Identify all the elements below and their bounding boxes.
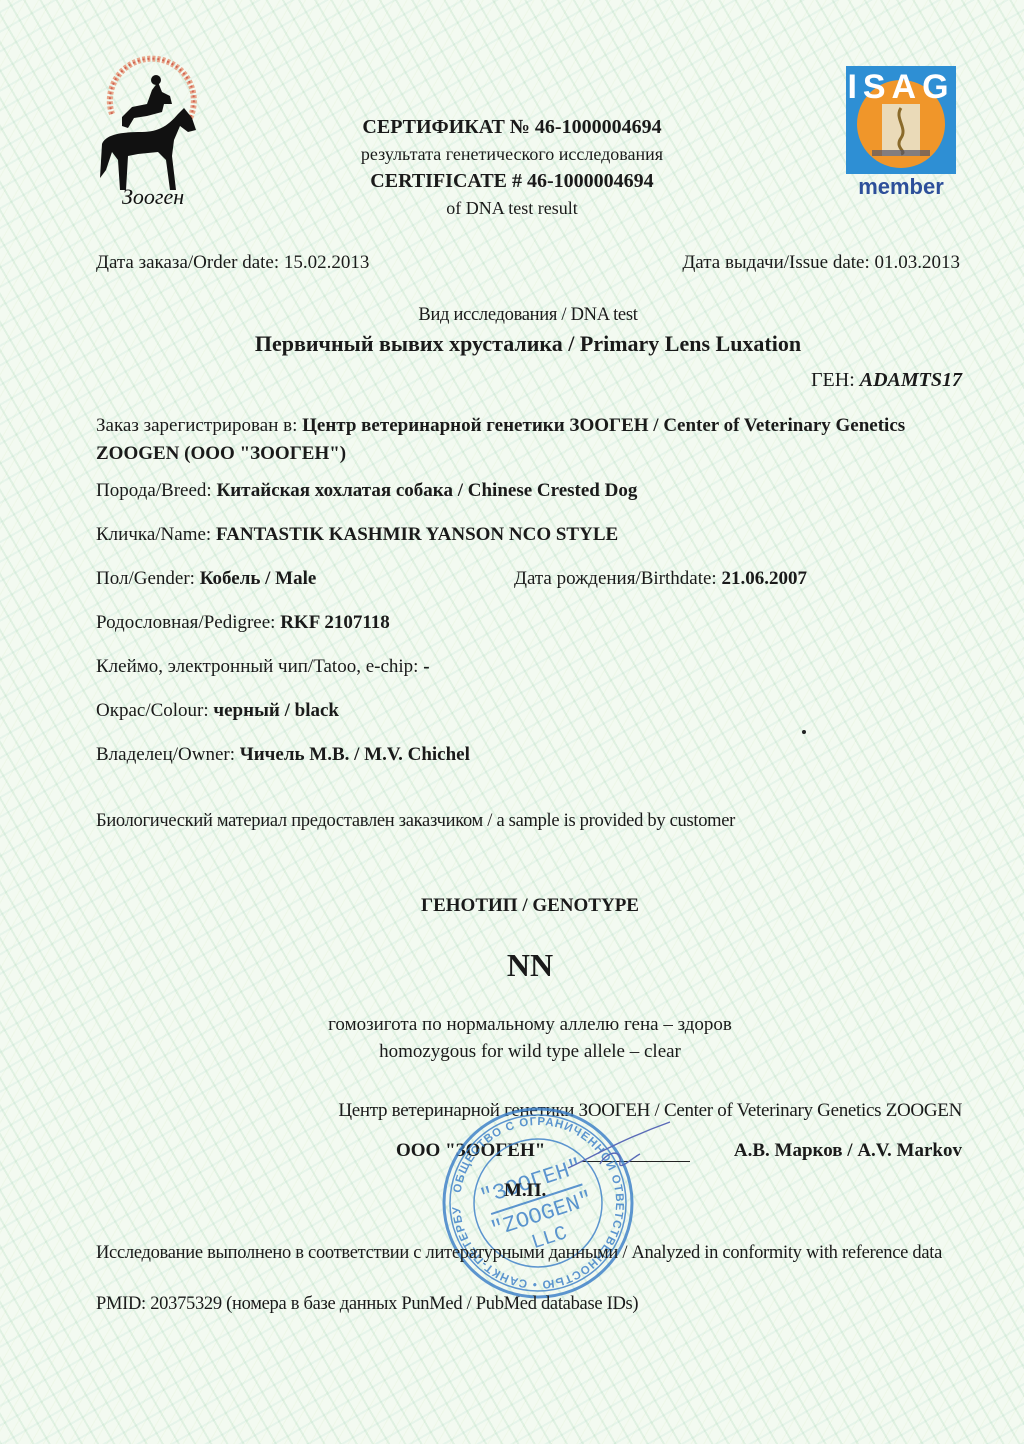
gender-label: Пол/Gender: [96,568,195,589]
issue-date-label: Дата выдачи/Issue date: [682,252,869,273]
birthdate-label: Дата рождения/Birthdate: [514,568,717,589]
birthdate-value: 21.06.2007 [721,568,807,589]
tattoo-chip: Клеймо, электронный чип/Tatoo, e-chip: - [96,656,430,678]
handwritten-signature-icon [560,1118,680,1178]
ink-dot [802,730,806,734]
name-label: Кличка/Name: [96,524,211,545]
genotype-heading: ГЕНОТИП / GENOTYPE [0,895,1024,917]
gender: Пол/Gender: Кобель / Male [96,568,316,590]
order-date: Дата заказа/Order date: 15.02.2013 [96,252,369,274]
name-value: FANTASTIK KASHMIR YANSON NCO STYLE [216,524,618,545]
owner-value: Чичель М.В. / M.V. Chichel [240,744,470,765]
chip-label: Клеймо, электронный чип/Tatoo, e-chip: [96,656,418,677]
dna-test-name: Первичный вывих хрусталика / Primary Len… [0,331,1024,357]
colour-value: черный / black [213,700,339,721]
title-ru: СЕРТИФИКАТ № 46-1000004694 [0,114,1024,141]
seal-label: М.П. [504,1180,546,1202]
order-date-value: 15.02.2013 [284,252,370,273]
colour: Окрас/Colour: черный / black [96,700,339,722]
chip-value: - [423,656,429,677]
issue-date-value: 01.03.2013 [875,252,961,273]
breed-value: Китайская хохлатая собака / Chinese Cres… [216,480,637,501]
subtitle-ru: результата генетического исследования [0,141,1024,168]
dna-test-label: Вид исследования / DNA test [0,305,1024,326]
colour-label: Окрас/Colour: [96,700,209,721]
registered-label: Заказ зарегистрирован в: [96,415,297,436]
breed-label: Порода/Breed: [96,480,212,501]
gender-value: Кобель / Male [200,568,317,589]
pedigree-value: RKF 2107118 [280,612,390,633]
registered-at: Заказ зарегистрирован в: Центр ветеринар… [96,412,956,468]
pmid-reference: PMID: 20375329 (номера в базе данных Pun… [96,1294,638,1315]
genotype-value: NN [0,947,1024,984]
subtitle-en: of DNA test result [0,195,1024,222]
dog-name: Кличка/Name: FANTASTIK KASHMIR YANSON NC… [96,524,618,546]
pedigree: Родословная/Pedigree: RKF 2107118 [96,612,390,634]
conformity-note: Исследование выполнено в соответствии с … [96,1239,966,1267]
order-date-label: Дата заказа/Order date: [96,252,279,273]
breed: Порода/Breed: Китайская хохлатая собака … [96,480,637,502]
genotype-description-en: homozygous for wild type allele – clear [0,1041,1024,1063]
pedigree-label: Родословная/Pedigree: [96,612,275,633]
signer-name: А.В. Марков / A.V. Markov [734,1140,962,1162]
owner: Владелец/Owner: Чичель М.В. / M.V. Chich… [96,744,470,766]
genotype-description-ru: гомозигота по нормальному аллелю гена – … [0,1014,1024,1036]
certificate-title: СЕРТИФИКАТ № 46-1000004694 результата ге… [0,114,1024,222]
gene: ГЕН: ADAMTS17 [811,369,962,392]
svg-text:ISAG: ISAG [847,68,954,106]
owner-label: Владелец/Owner: [96,744,235,765]
gene-label: ГЕН: [811,369,855,391]
title-en: CERTIFICATE # 46-1000004694 [0,168,1024,195]
birthdate: Дата рождения/Birthdate: 21.06.2007 [514,568,807,590]
biomaterial-note: Биологический материал предоставлен зака… [96,811,735,832]
gene-value: ADAMTS17 [860,369,962,391]
issue-date: Дата выдачи/Issue date: 01.03.2013 [682,252,960,274]
